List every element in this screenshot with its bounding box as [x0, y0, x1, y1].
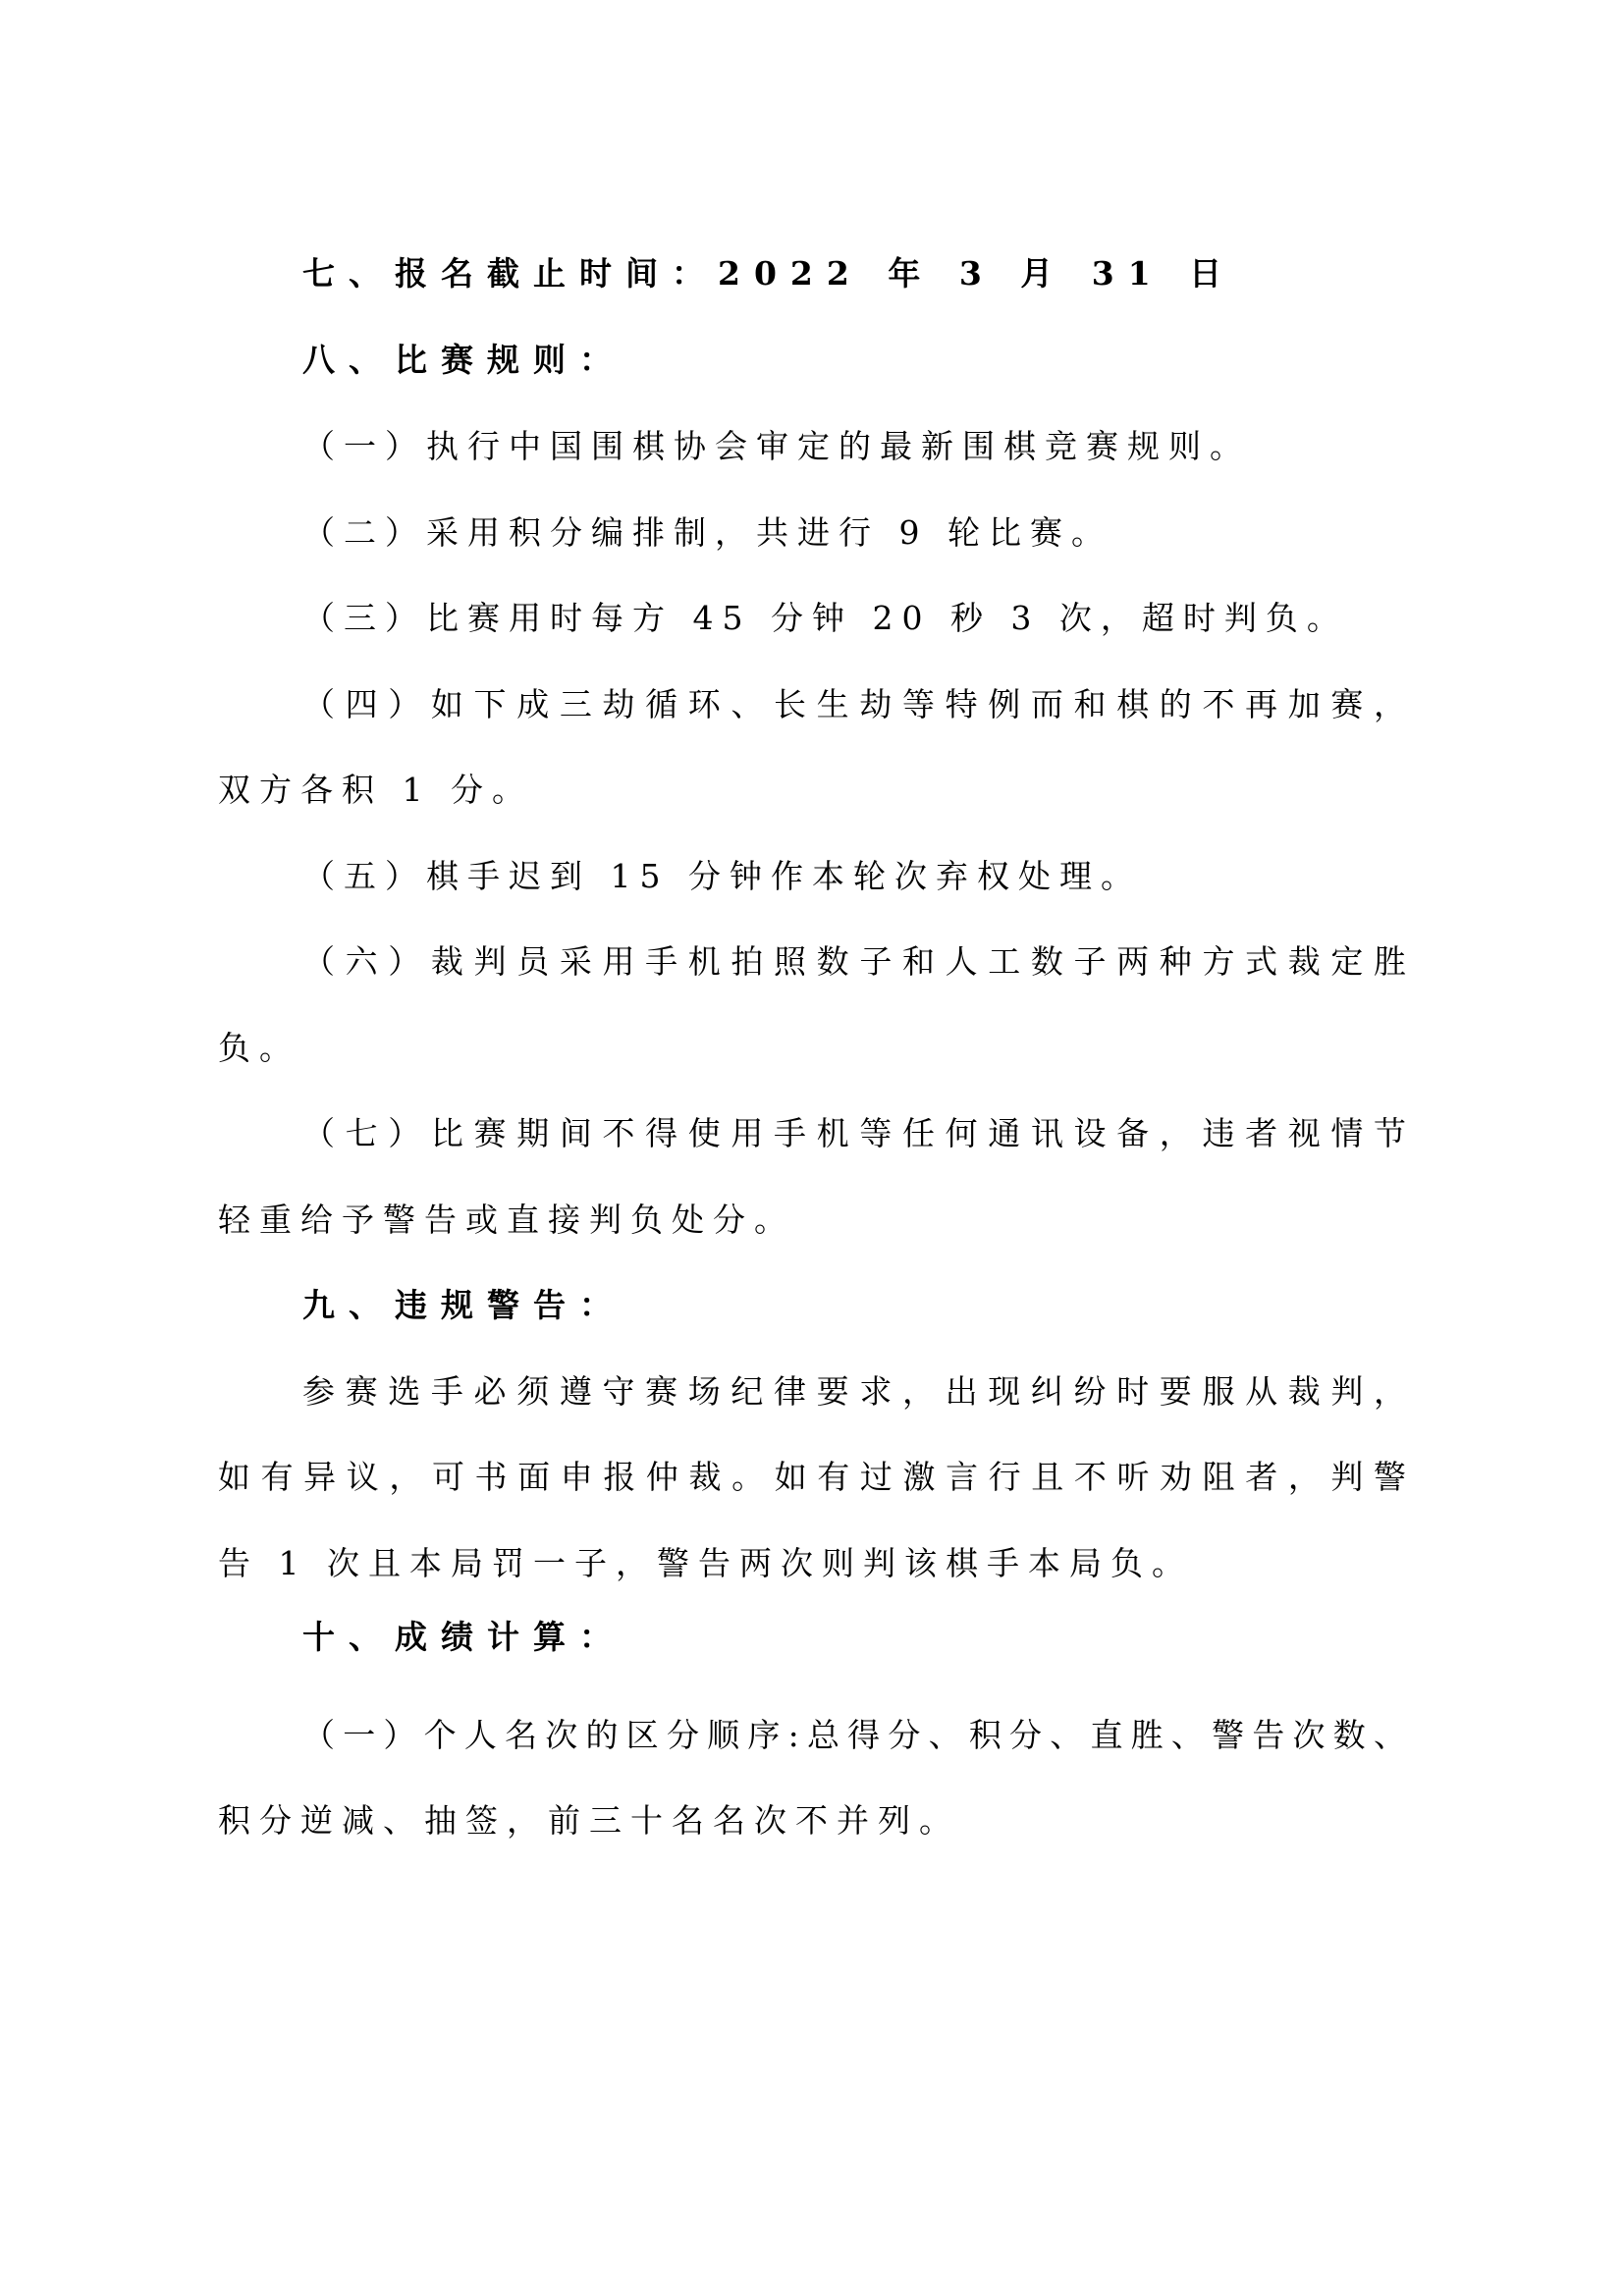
violation-paragraph-line-2: 如有异议，可书面申报仲裁。如有过激言行且不听劝阻者，判警 — [218, 1453, 1406, 1502]
section-heading-score-calculation: 十、成绩计算： — [302, 1613, 625, 1662]
rule-item-3: （三）比赛用时每方 45 分钟 20 秒 3 次，超时判负。 — [302, 594, 1348, 643]
rule-item-6-line-2: 负。 — [218, 1024, 300, 1073]
document-page: 七、报名截止时间：2022 年 3 月 31 日 八、比赛规则： （一）执行中国… — [0, 0, 1624, 2296]
rule-item-1: （一）执行中国围棋协会审定的最新围棋竞赛规则。 — [302, 422, 1251, 471]
rule-item-4-line-1: （四）如下成三劫循环、长生劫等特例而和棋的不再加赛， — [302, 680, 1406, 729]
violation-paragraph-line-3: 告 1 次且本局罚一子，警告两次则判该棋手本局负。 — [218, 1539, 1193, 1588]
rule-item-7-line-2: 轻重给予警告或直接判负处分。 — [218, 1196, 795, 1245]
rule-item-5: （五）棋手迟到 15 分钟作本轮次弃权处理。 — [302, 852, 1142, 901]
score-item-1-line-1: （一）个人名次的区分顺序:总得分、积分、直胜、警告次数、 — [302, 1711, 1406, 1760]
rule-item-4-line-2: 双方各积 1 分。 — [218, 766, 533, 815]
score-item-1-line-2: 积分逆减、抽签，前三十名名次不并列。 — [218, 1796, 960, 1845]
rule-item-2: （二）采用积分编排制，共进行 9 轮比赛。 — [302, 508, 1112, 558]
violation-paragraph-line-1: 参赛选手必须遵守赛场纪律要求，出现纠纷时要服从裁判， — [302, 1367, 1406, 1416]
rule-item-6-line-1: （六）裁判员采用手机拍照数子和人工数子两种方式裁定胜 — [302, 937, 1406, 987]
rule-item-7-line-1: （七）比赛期间不得使用手机等任何通讯设备，违者视情节 — [302, 1109, 1406, 1158]
section-heading-competition-rules: 八、比赛规则： — [302, 336, 625, 385]
section-heading-registration-deadline: 七、报名截止时间：2022 年 3 月 31 日 — [302, 249, 1235, 298]
section-heading-violation-warning: 九、违规警告： — [302, 1281, 625, 1330]
